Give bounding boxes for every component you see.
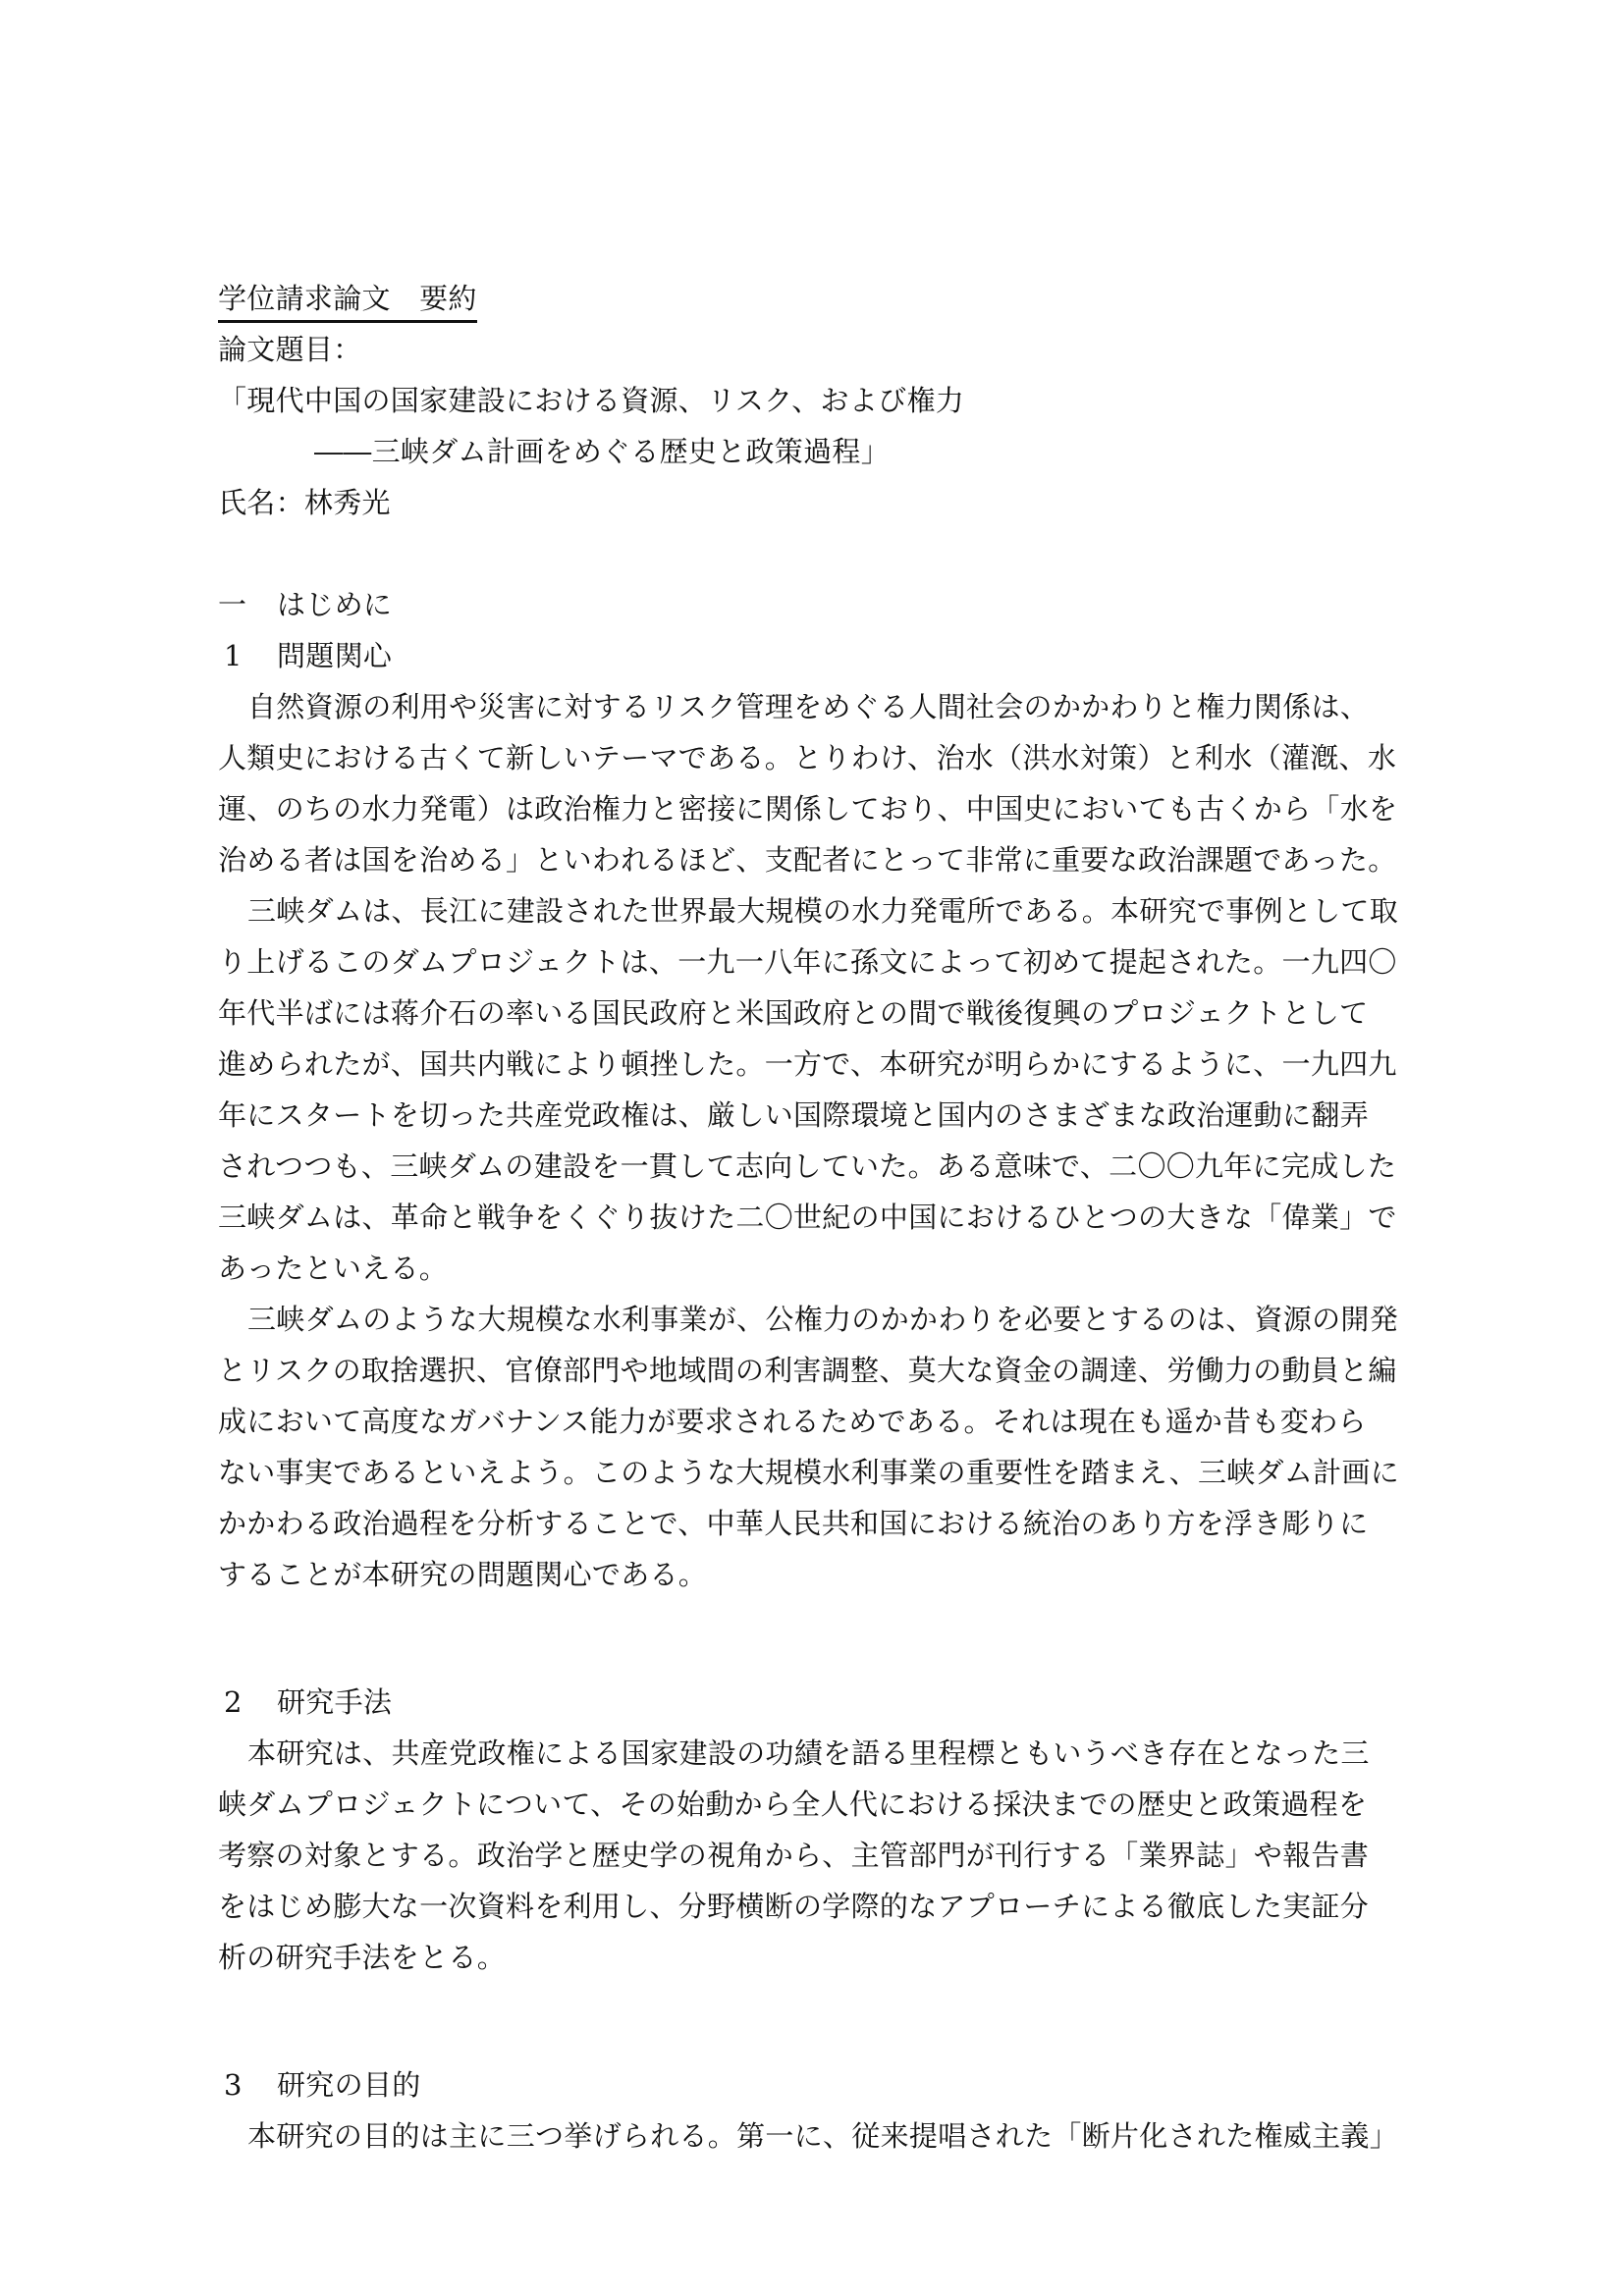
subsection-title: 研究手法 <box>277 1685 392 1719</box>
text-line: 三峡ダムは、長江に建設された世界最大規模の水力発電所である。本研究で事例として取 <box>218 885 1396 936</box>
paragraph-block-2: 本研究は、共産党政権による国家建設の功績を語る里程標ともいうべき存在となった三 … <box>218 1728 1396 1983</box>
spacer <box>218 2034 1396 2059</box>
text-line: 人類史における古くて新しいテーマである。とりわけ、治水（洪水対策）と利水（灌漑、… <box>218 732 1396 783</box>
text-line: 年にスタートを切った共産党政権は、厳しい国際環境と国内のさまざまな政治運動に翻弄 <box>218 1090 1396 1141</box>
spacer <box>218 1983 1396 2034</box>
text-line: あったといえる。 <box>218 1243 1396 1294</box>
text-line: とリスクの取捨選択、官僚部門や地域間の利害調整、莫大な資金の調達、労働力の動員と… <box>218 1345 1396 1396</box>
text-line: 年代半ばには蒋介石の率いる国民政府と米国政府との間で戦後復興のプロジェクトとして <box>218 988 1396 1039</box>
paragraph-block-3: 本研究の目的は主に三つ挙げられる。第一に、従来提唱された「断片化された権威主義」 <box>218 2110 1396 2162</box>
subsection-number: 2 <box>218 1677 277 1728</box>
spacer <box>218 528 1396 579</box>
section-title: はじめに <box>277 588 392 621</box>
text-line: されつつも、三峡ダムの建設を一貫して志向していた。ある意味で、二〇〇九年に完成し… <box>218 1141 1396 1192</box>
spacer <box>218 1651 1396 1677</box>
text-line: 成において高度なガバナンス能力が要求されるためである。それは現在も遥か昔も変わら <box>218 1396 1396 1447</box>
text-line: 本研究は、共産党政権による国家建設の功績を語る里程標ともいうべき存在となった三 <box>218 1728 1396 1779</box>
paragraph-block-1: 自然資源の利用や災害に対するリスク管理をめぐる人間社会のかかわりと権力関係は、 … <box>218 681 1396 1600</box>
subsection-title: 問題関心 <box>277 639 392 672</box>
text-line: をはじめ膨大な一次資料を利用し、分野横断の学際的なアプローチによる徹底した実証分 <box>218 1881 1396 1932</box>
section-heading-intro: 一はじめに <box>218 579 1396 630</box>
text-line: 析の研究手法をとる。 <box>218 1932 1396 1983</box>
subsection-title: 研究の目的 <box>277 2068 421 2102</box>
author-line: 氏名：林秀光 <box>218 477 1396 528</box>
document-page: 学位請求論文 要約 論文題目： 「現代中国の国家建設における資源、リスク、および… <box>218 273 1396 2162</box>
text-line: 峡ダムプロジェクトについて、その始動から全人代における採決までの歴史と政策過程を <box>218 1779 1396 1830</box>
text-line: 考察の対象とする。政治学と歴史学の視角から、主管部門が刊行する「業界誌」や報告書 <box>218 1830 1396 1881</box>
text-line: 進められたが、国共内戦により頓挫した。一方で、本研究が明らかにするように、一九四… <box>218 1039 1396 1090</box>
subsection-number: 3 <box>218 2059 277 2110</box>
doc-type-heading: 学位請求論文 要約 <box>218 277 477 323</box>
subsection-heading-2: 2研究手法 <box>218 1677 1396 1728</box>
subsection-number: 1 <box>218 630 277 681</box>
doc-type-line: 学位請求論文 要約 <box>218 273 1396 324</box>
text-line: 運、のちの水力発電）は政治権力と密接に関係しており、中国史においても古くから「水… <box>218 783 1396 834</box>
text-line: 本研究の目的は主に三つ挙げられる。第一に、従来提唱された「断片化された権威主義」 <box>218 2110 1396 2162</box>
thesis-title-line2: ――三峡ダム計画をめぐる歴史と政策過程」 <box>218 426 1396 477</box>
text-line: することが本研究の問題関心である。 <box>218 1549 1396 1600</box>
subsection-heading-1: 1問題関心 <box>218 630 1396 681</box>
text-line: 三峡ダムは、革命と戦争をくぐり抜けた二〇世紀の中国におけるひとつの大きな「偉業」… <box>218 1192 1396 1243</box>
thesis-title-line1: 「現代中国の国家建設における資源、リスク、および権力 <box>218 375 1396 426</box>
text-line: かかわる政治過程を分析することで、中華人民共和国における統治のあり方を浮き彫りに <box>218 1498 1396 1549</box>
text-line: ない事実であるといえよう。このような大規模水利事業の重要性を踏まえ、三峡ダム計画… <box>218 1447 1396 1498</box>
spacer <box>218 1600 1396 1651</box>
text-line: 三峡ダムのような大規模な水利事業が、公権力のかかわりを必要とするのは、資源の開発 <box>218 1294 1396 1345</box>
text-line: 治める者は国を治める」といわれるほど、支配者にとって非常に重要な政治課題であった… <box>218 834 1396 885</box>
text-line: 自然資源の利用や災害に対するリスク管理をめぐる人間社会のかかわりと権力関係は、 <box>218 681 1396 732</box>
thesis-title-label: 論文題目： <box>218 324 1396 375</box>
section-number: 一 <box>218 579 277 630</box>
subsection-heading-3: 3研究の目的 <box>218 2059 1396 2110</box>
text-line: り上げるこのダムプロジェクトは、一九一八年に孫文によって初めて提起された。一九四… <box>218 936 1396 988</box>
